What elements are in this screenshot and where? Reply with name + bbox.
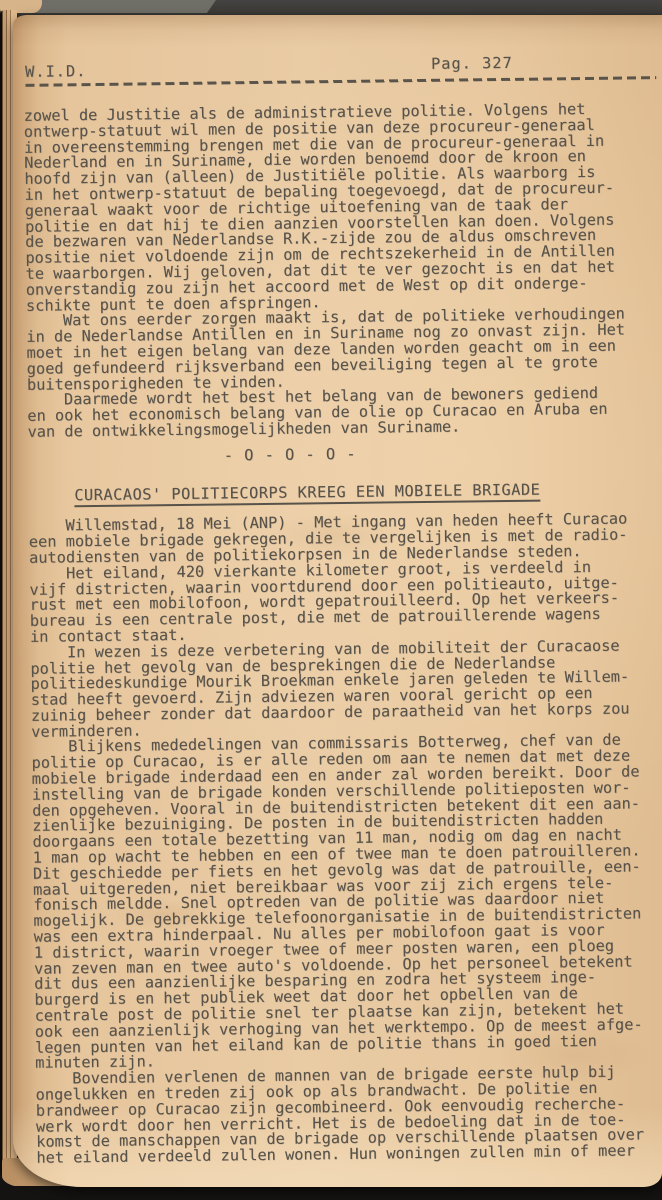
paragraph: Blijkens mededelingen van commissaris Bo…: [31, 733, 662, 1072]
paragraph: zowel de Justitie als de administratieve…: [24, 101, 659, 314]
page-header: W.I.D. Pag. 327: [23, 57, 656, 91]
paragraph: Wat ons eerder zorgen maakt is, dat de p…: [26, 306, 660, 393]
paragraph: Het eiland, 420 vierkante kilometer groo…: [29, 559, 662, 646]
page-number: Pag. 327: [431, 56, 513, 73]
clip-shadow: [27, 0, 216, 13]
paragraph: Daarmede wordt het best het belang van d…: [27, 385, 661, 440]
section-separator: - O - O - O -: [224, 443, 661, 464]
article-title: CURACAOS' POLITIECORPS KREEG EEN MOBIELE…: [74, 481, 661, 504]
scanned-page-photo: W.I.D. Pag. 327 zowel de Justitie als de…: [0, 0, 662, 1200]
article-title-text: CURACAOS' POLITIECORPS KREEG EEN MOBIELE…: [74, 480, 540, 507]
paragraph: In wezen is deze verbetering van de mobi…: [30, 638, 662, 741]
document-page: W.I.D. Pag. 327 zowel de Justitie als de…: [13, 15, 662, 1187]
dashed-rule: [25, 76, 656, 87]
page-content: W.I.D. Pag. 327 zowel de Justitie als de…: [23, 57, 662, 1167]
paragraph: Bovendien verlenen de mannen van de brig…: [35, 1064, 662, 1167]
publication-title: W.I.D.: [25, 64, 86, 81]
